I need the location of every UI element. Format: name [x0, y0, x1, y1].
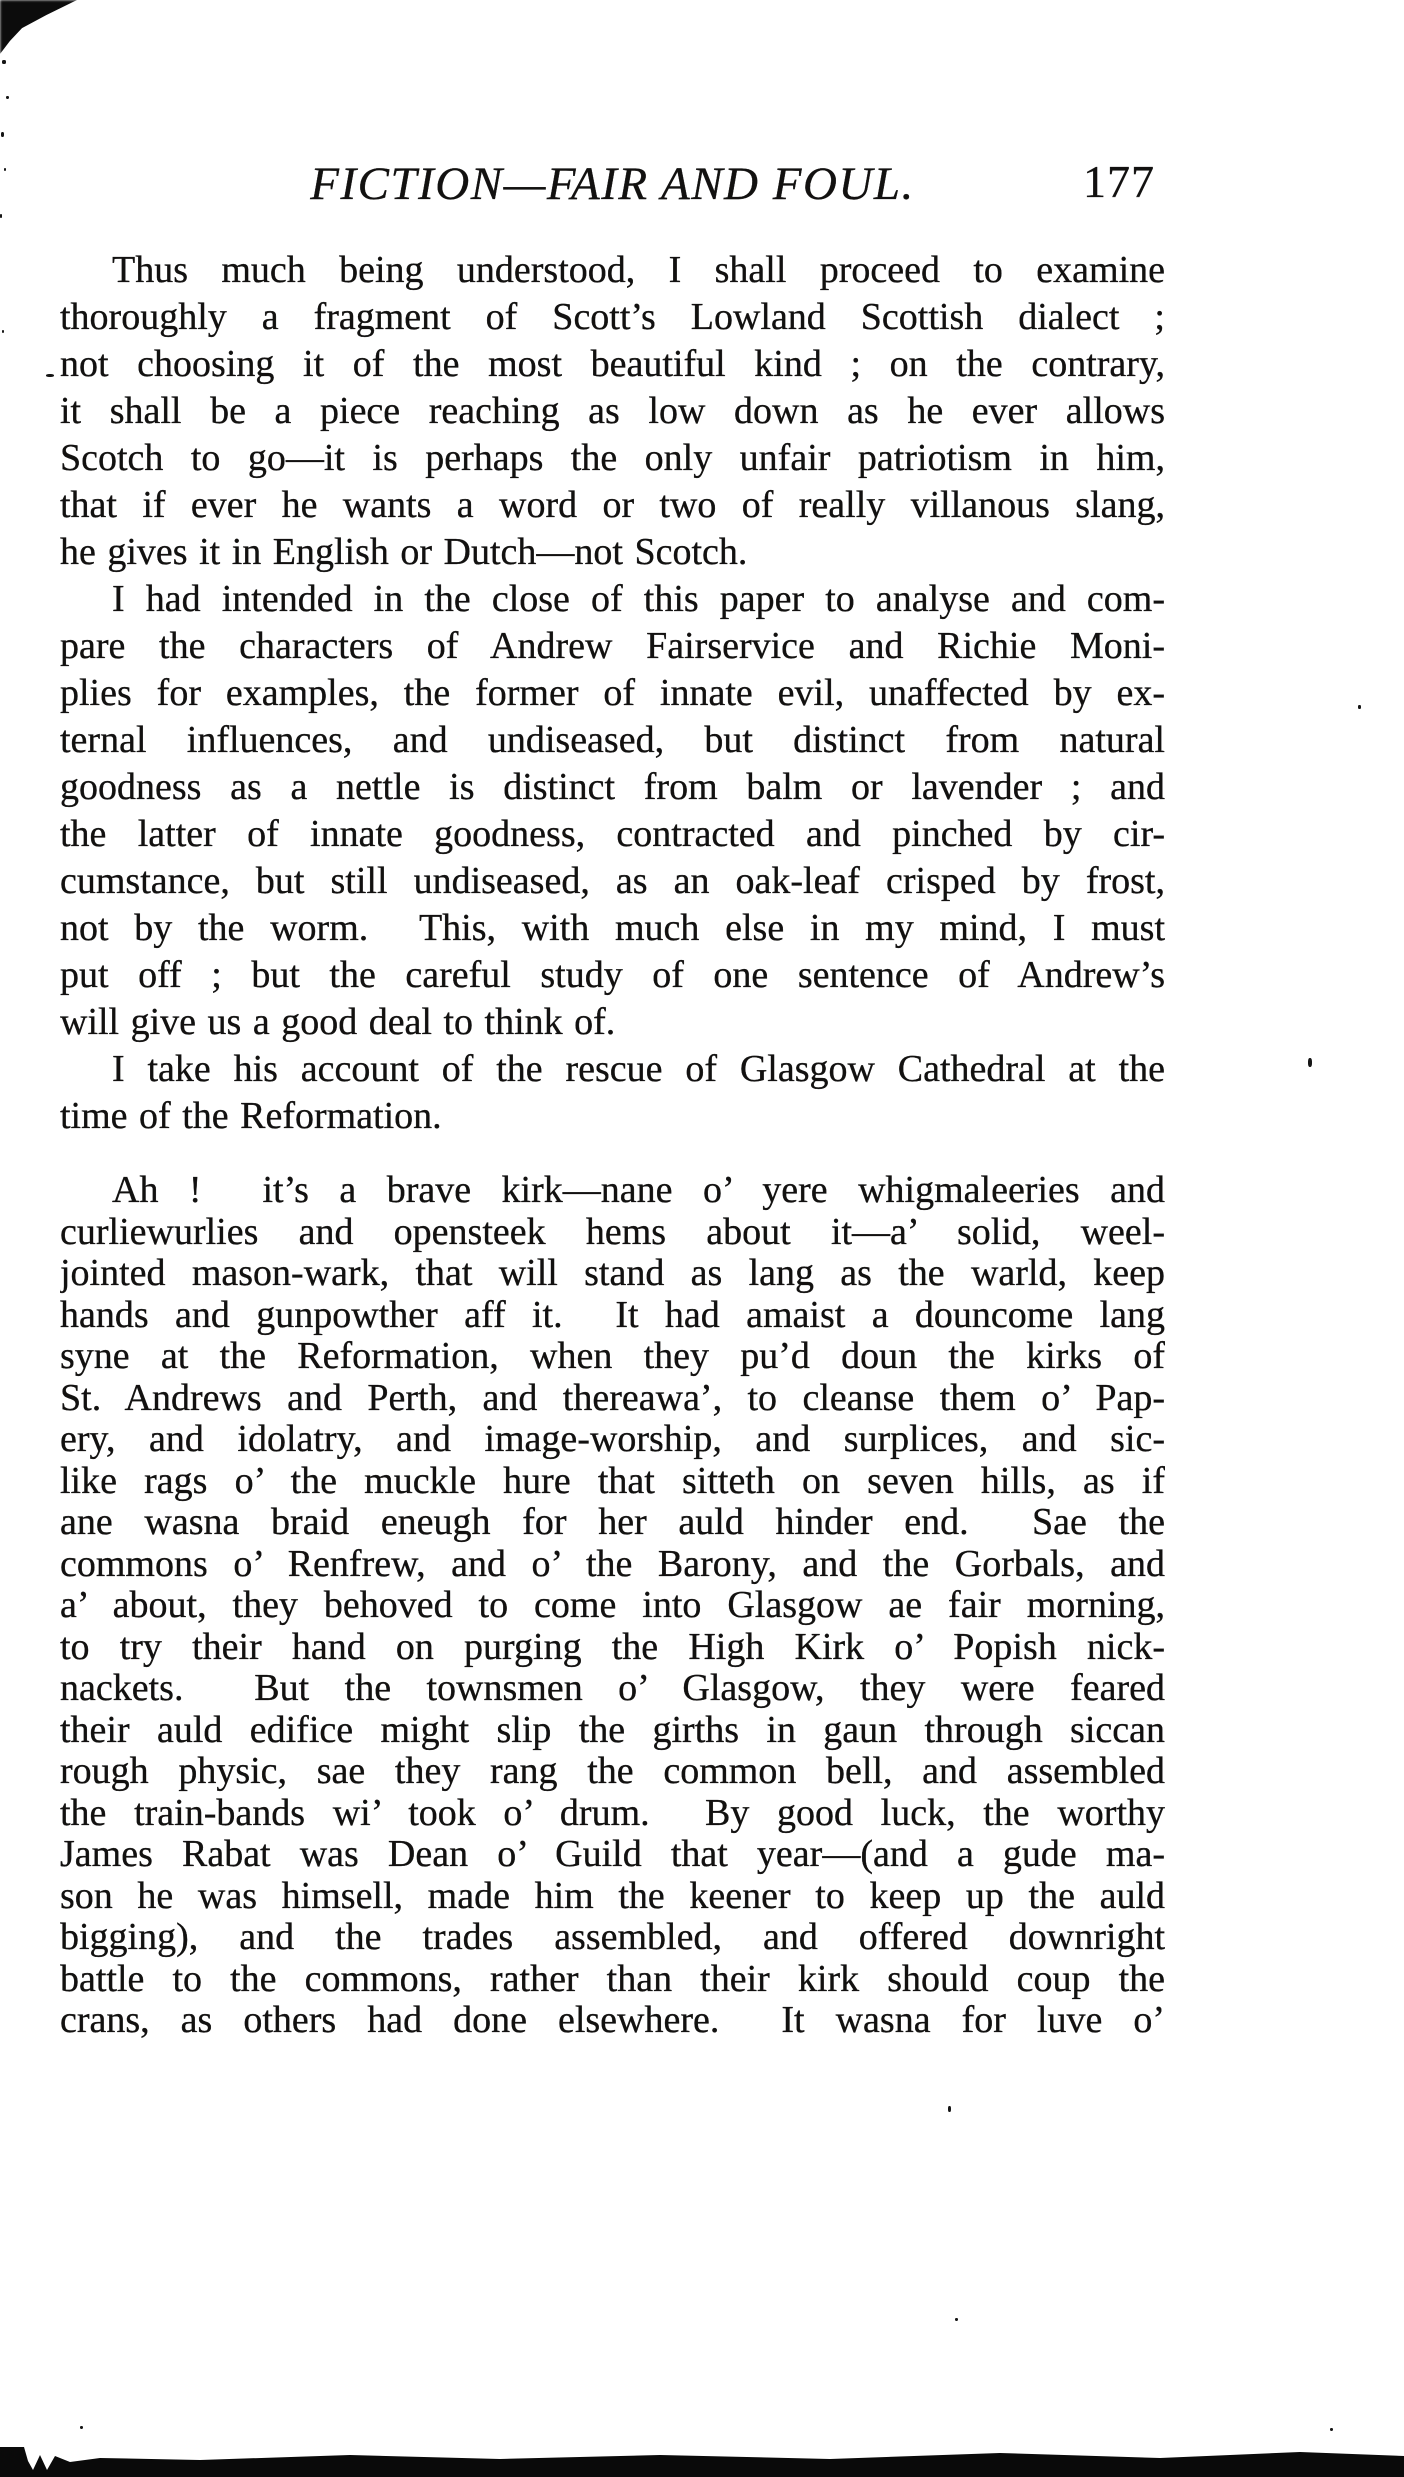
text-line: the train-bands wi’ took o’ drum. By goo…	[60, 1793, 1165, 1835]
scan-speck	[2, 330, 4, 333]
text-line: it shall be a piece reaching as low down…	[60, 388, 1165, 435]
text-line: like rags o’ the muckle hure that sittet…	[60, 1461, 1165, 1503]
text-line: James Rabat was Dean o’ Guild that year—…	[60, 1834, 1165, 1876]
page-number: 177	[1083, 156, 1155, 208]
text-line: rough physic, sae they rang the common b…	[60, 1751, 1165, 1793]
text-line: goodness as a nettle is distinct from ba…	[60, 764, 1165, 811]
text-line: Ah ! it’s a brave kirk—nane o’ yere whig…	[60, 1170, 1165, 1212]
scan-speck	[1308, 1058, 1312, 1067]
scan-speck	[1330, 2428, 1333, 2431]
scan-speck	[955, 2318, 958, 2321]
text-line: jointed mason-wark, that will stand as l…	[60, 1253, 1165, 1295]
text-line: to try their hand on purging the High Ki…	[60, 1627, 1165, 1669]
scan-speck	[46, 374, 54, 377]
text-line: not choosing it of the most beautiful ki…	[60, 341, 1165, 388]
text-line: ery, and idolatry, and image-worship, an…	[60, 1419, 1165, 1461]
text-line: will give us a good deal to think of.	[60, 999, 1165, 1046]
text-line: I had intended in the close of this pape…	[60, 576, 1165, 623]
scan-speck	[6, 96, 9, 99]
text-line: bigging), and the trades assembled, and …	[60, 1917, 1165, 1959]
text-line: nackets. But the townsmen o’ Glasgow, th…	[60, 1668, 1165, 1710]
scanned-book-page: FICTION—FAIR AND FOUL. 177 Thus much bei…	[0, 0, 1404, 2477]
text-line: I take his account of the rescue of Glas…	[60, 1046, 1165, 1093]
text-line: the latter of innate goodness, contracte…	[60, 811, 1165, 858]
text-line: ane wasna braid eneugh for her auld hind…	[60, 1502, 1165, 1544]
scan-speck	[4, 168, 6, 171]
page-title: FICTION—FAIR AND FOUL.	[60, 158, 1165, 210]
text-line: cumstance, but still undiseased, as an o…	[60, 858, 1165, 905]
text-line: put off ; but the careful study of one s…	[60, 952, 1165, 999]
text-line: ternal influences, and undiseased, but d…	[60, 717, 1165, 764]
text-line: that if ever he wants a word or two of r…	[60, 482, 1165, 529]
scan-smudge-top-left-icon	[0, 0, 110, 54]
scan-speck	[948, 2106, 951, 2112]
paragraph-1: Thus much being understood, I shall proc…	[60, 247, 1165, 576]
text-line: he gives it in English or Dutch—not Scot…	[60, 529, 1165, 576]
text-column: Thus much being understood, I shall proc…	[60, 247, 1165, 2042]
running-header: FICTION—FAIR AND FOUL. 177	[60, 158, 1165, 210]
scan-speck	[1358, 705, 1361, 709]
text-line: Scotch to go—it is perhaps the only unfa…	[60, 435, 1165, 482]
paragraph-3: I take his account of the rescue of Glas…	[60, 1046, 1165, 1140]
text-line: commons o’ Renfrew, and o’ the Barony, a…	[60, 1544, 1165, 1586]
text-line: son he was himsell, made him the keener …	[60, 1876, 1165, 1918]
paragraph-2: I had intended in the close of this pape…	[60, 576, 1165, 1046]
text-line: time of the Reformation.	[60, 1093, 1165, 1140]
text-line: syne at the Reformation, when they pu’d …	[60, 1336, 1165, 1378]
scan-speck	[2, 60, 6, 64]
text-line: their auld edifice might slip the girths…	[60, 1710, 1165, 1752]
text-line: curliewurlies and opensteek hems about i…	[60, 1212, 1165, 1254]
text-line: crans, as others had done elsewhere. It …	[60, 2000, 1165, 2042]
scan-edge-bottom	[0, 2447, 1404, 2477]
text-line: pare the characters of Andrew Fairservic…	[60, 623, 1165, 670]
scan-speck	[80, 2426, 83, 2429]
text-line: St. Andrews and Perth, and thereawa’, to…	[60, 1378, 1165, 1420]
text-line: battle to the commons, rather than their…	[60, 1959, 1165, 2001]
text-line: thoroughly a fragment of Scott’s Lowland…	[60, 294, 1165, 341]
quotation-rob-roy: Ah ! it’s a brave kirk—nane o’ yere whig…	[60, 1170, 1165, 2042]
text-line: Thus much being understood, I shall proc…	[60, 247, 1165, 294]
scan-speck	[1, 132, 4, 137]
text-line: hands and gunpowther aff it. It had amai…	[60, 1295, 1165, 1337]
text-line: plies for examples, the former of innate…	[60, 670, 1165, 717]
scan-speck	[0, 214, 2, 218]
text-line: a’ about, they behoved to come into Glas…	[60, 1585, 1165, 1627]
text-line: not by the worm. This, with much else in…	[60, 905, 1165, 952]
